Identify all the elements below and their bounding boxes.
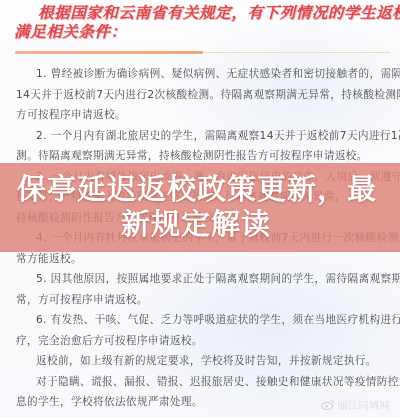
- document-page: 根据国家和云南省有关规定，有下列情况的学生返校需 满足相关条件： 1. 曾经被诊…: [0, 0, 400, 417]
- body-line: 常，方可按程序申请返校。: [16, 290, 388, 311]
- watermark: 丽江同城网: [321, 397, 391, 412]
- body-line: 2. 一个月内有湖北旅居史的学生，需隔离观察14天并于返校前7天内进行1次核酸检: [16, 126, 388, 147]
- body-line: 6. 有发热、干咳、气促、乏力等呼吸道症状的学生，须在当地医疗机构进行诊断治: [16, 310, 388, 331]
- document-heading: 根据国家和云南省有关规定，有下列情况的学生返校需 满足相关条件：: [14, 4, 394, 42]
- body-line: 14天并于返校前7天内进行2次核酸检测。待隔离观察期满无异常，持核酸检测阴性报告: [16, 85, 388, 106]
- weibo-logo-icon: [321, 399, 335, 410]
- heading-line-1: 根据国家和云南省有关规定，有下列情况的学生返校需: [14, 4, 394, 23]
- body-line: 对于隐瞒、谎报、漏报、错报、迟报旅居史、接触史和健康状况等疫情防控重点信: [16, 372, 388, 393]
- overlay-title-line-1: 保亭延迟返校政策更新，最: [0, 172, 400, 207]
- heading-divider-line: [203, 52, 390, 53]
- body-line: 方可按程序申请返校。: [16, 105, 388, 126]
- body-line: 5. 因其他原因，按照属地要求正处于隔离观察期间的学生，需待隔离观察期满无异: [16, 269, 388, 290]
- body-line: 疗，完全治愈后方可按程序申请返校。: [16, 331, 388, 352]
- heading-divider-accent: [15, 51, 203, 54]
- overlay-title: 保亭延迟返校政策更新，最 新规定解读: [0, 172, 400, 242]
- body-line: 1. 曾经被诊断为确诊病例、疑似病例、无症状感染者和密切接触者的，需隔离观察: [16, 64, 388, 85]
- heading-line-2: 满足相关条件：: [14, 23, 394, 42]
- overlay-title-line-2: 新规定解读: [0, 207, 400, 242]
- watermark-text: 丽江同城网: [338, 397, 391, 412]
- body-line: 返校前，如上级有新的规定要求，学校将及时告知，并按新规定执行。: [16, 351, 388, 372]
